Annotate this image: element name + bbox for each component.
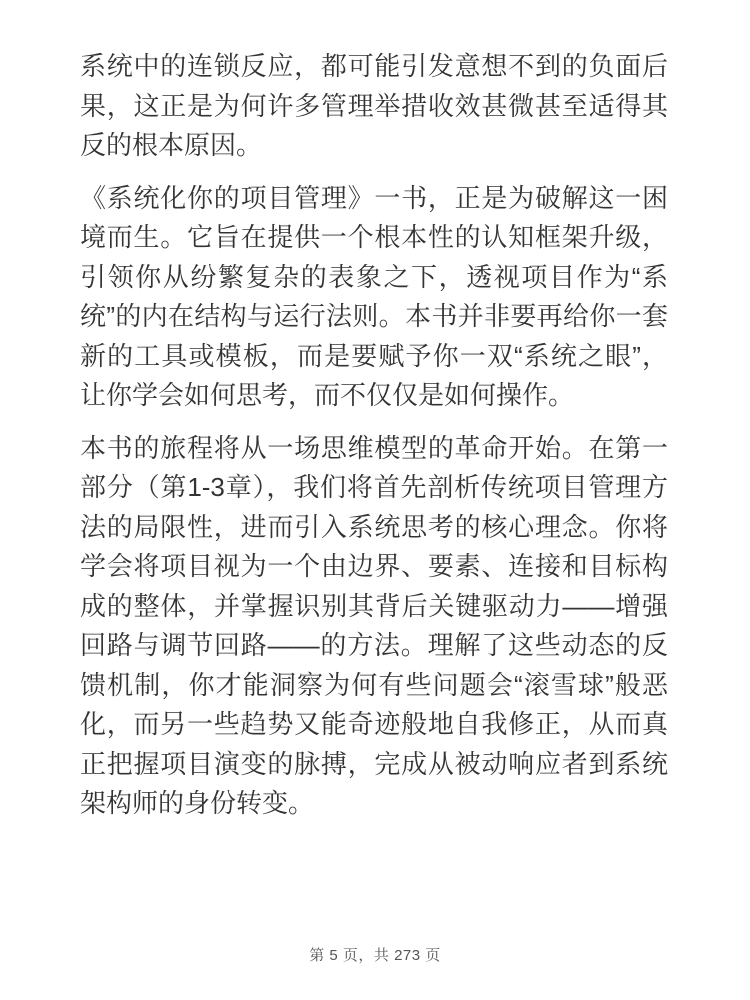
paragraph-1: 系统中的连锁反应，都可能引发意想不到的负面后果，这正是为何许多管理举措收效甚微甚… xyxy=(80,47,668,166)
document-page: 系统中的连锁反应，都可能引发意想不到的负面后果，这正是为何许多管理举措收效甚微甚… xyxy=(0,0,750,1000)
page-number-indicator: 第 5 页，共 273 页 xyxy=(309,947,441,964)
page-content: 系统中的连锁反应，都可能引发意想不到的负面后果，这正是为何许多管理举措收效甚微甚… xyxy=(80,47,668,824)
page-footer: 第 5 页，共 273 页 xyxy=(0,947,750,965)
paragraph-3: 本书的旅程将从一场思维模型的革命开始。在第一部分（第1-3章），我们将首先剖析传… xyxy=(80,429,668,824)
paragraph-2: 《系统化你的项目管理》一书，正是为破解这一困境而生。它旨在提供一个根本性的认知框… xyxy=(80,179,668,416)
